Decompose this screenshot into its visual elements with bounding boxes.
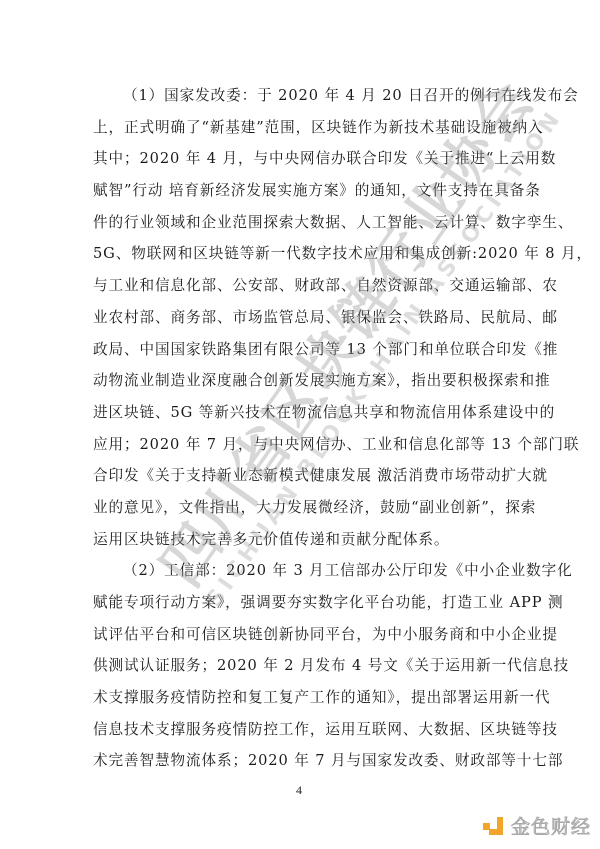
document-body: （1）国家发改委：于 2020 年 4 月 20 日召开的例行在线发布会 上，正… <box>93 80 508 777</box>
page-number: 4 <box>296 783 302 798</box>
text-line: 术支撑服务疫情防控和复工复产工作的通知》，提出部署运用新一代 <box>93 682 508 714</box>
text-line: 供测试认证服务；2020 年 2 月发布 4 号文《关于运用新一代信息技 <box>93 650 508 682</box>
text-line: 业农村部、商务部、市场监管总局、银保监会、铁路局、民航局、邮 <box>93 302 508 334</box>
text-line: （1）国家发改委：于 2020 年 4 月 20 日召开的例行在线发布会 <box>93 80 508 112</box>
text-line: 政局、中国国家铁路集团有限公司等 13 个部门和单位联合印发《推 <box>93 334 508 366</box>
text-line: 进区块链、5G 等新兴技术在物流信息共享和物流信用体系建设中的 <box>93 397 508 429</box>
brand-watermark: 金色财经 <box>483 812 591 839</box>
text-line: 术完善智慧物流体系；2020 年 7 月与国家发改委、财政部等十七部 <box>93 745 508 777</box>
text-line: （2）工信部：2020 年 3 月工信部办公厅印发《中小企业数字化 <box>93 555 508 587</box>
text-line: 动物流业制造业深度融合创新发展实施方案》，指出要积极探索和推 <box>93 365 508 397</box>
text-line: 业的意见》，文件指出，大力发展微经济，鼓励“副业创新”，探索 <box>93 492 508 524</box>
paragraph-miit: （2）工信部：2020 年 3 月工信部办公厅印发《中小企业数字化 赋能专项行动… <box>93 555 508 777</box>
text-line: 赋能专项行动方案》，强调要夯实数字化平台功能，打造工业 APP 测 <box>93 587 508 619</box>
text-line: 运用区块链技术完善多元价值传递和贡献分配体系。 <box>93 524 508 556</box>
text-line: 其中；2020 年 4 月，与中央网信办联合印发《关于推进“上云用数 <box>93 143 508 175</box>
text-line: 信息技术支撑服务疫情防控工作，运用互联网、大数据、区块链等技 <box>93 714 508 746</box>
jinse-logo-icon <box>483 815 505 837</box>
document-page: （1）国家发改委：于 2020 年 4 月 20 日召开的例行在线发布会 上，正… <box>0 0 600 849</box>
text-line: 上，正式明确了“新基建”范围，区块链作为新技术基础设施被纳入 <box>93 112 508 144</box>
text-line: 应用；2020 年 7 月，与中央网信办、工业和信息化部等 13 个部门联 <box>93 429 508 461</box>
text-line: 试评估平台和可信区块链创新协同平台，为中小服务商和中小企业提 <box>93 619 508 651</box>
text-line: 件的行业领域和企业范围探索大数据、人工智能、云计算、数字孪生、 <box>93 207 508 239</box>
paragraph-ndrc: （1）国家发改委：于 2020 年 4 月 20 日召开的例行在线发布会 上，正… <box>93 80 508 555</box>
brand-name: 金色财经 <box>511 812 591 839</box>
text-line: 合印发《关于支持新业态新模式健康发展 激活消费市场带动扩大就 <box>93 460 508 492</box>
text-line: 5G、物联网和区块链等新一代数字技术应用和集成创新:2020 年 8 月， <box>93 238 508 270</box>
text-line: 赋智”行动 培育新经济发展实施方案》的通知，文件支持在具备条 <box>93 175 508 207</box>
text-line: 与工业和信息化部、公安部、财政部、自然资源部、交通运输部、农 <box>93 270 508 302</box>
